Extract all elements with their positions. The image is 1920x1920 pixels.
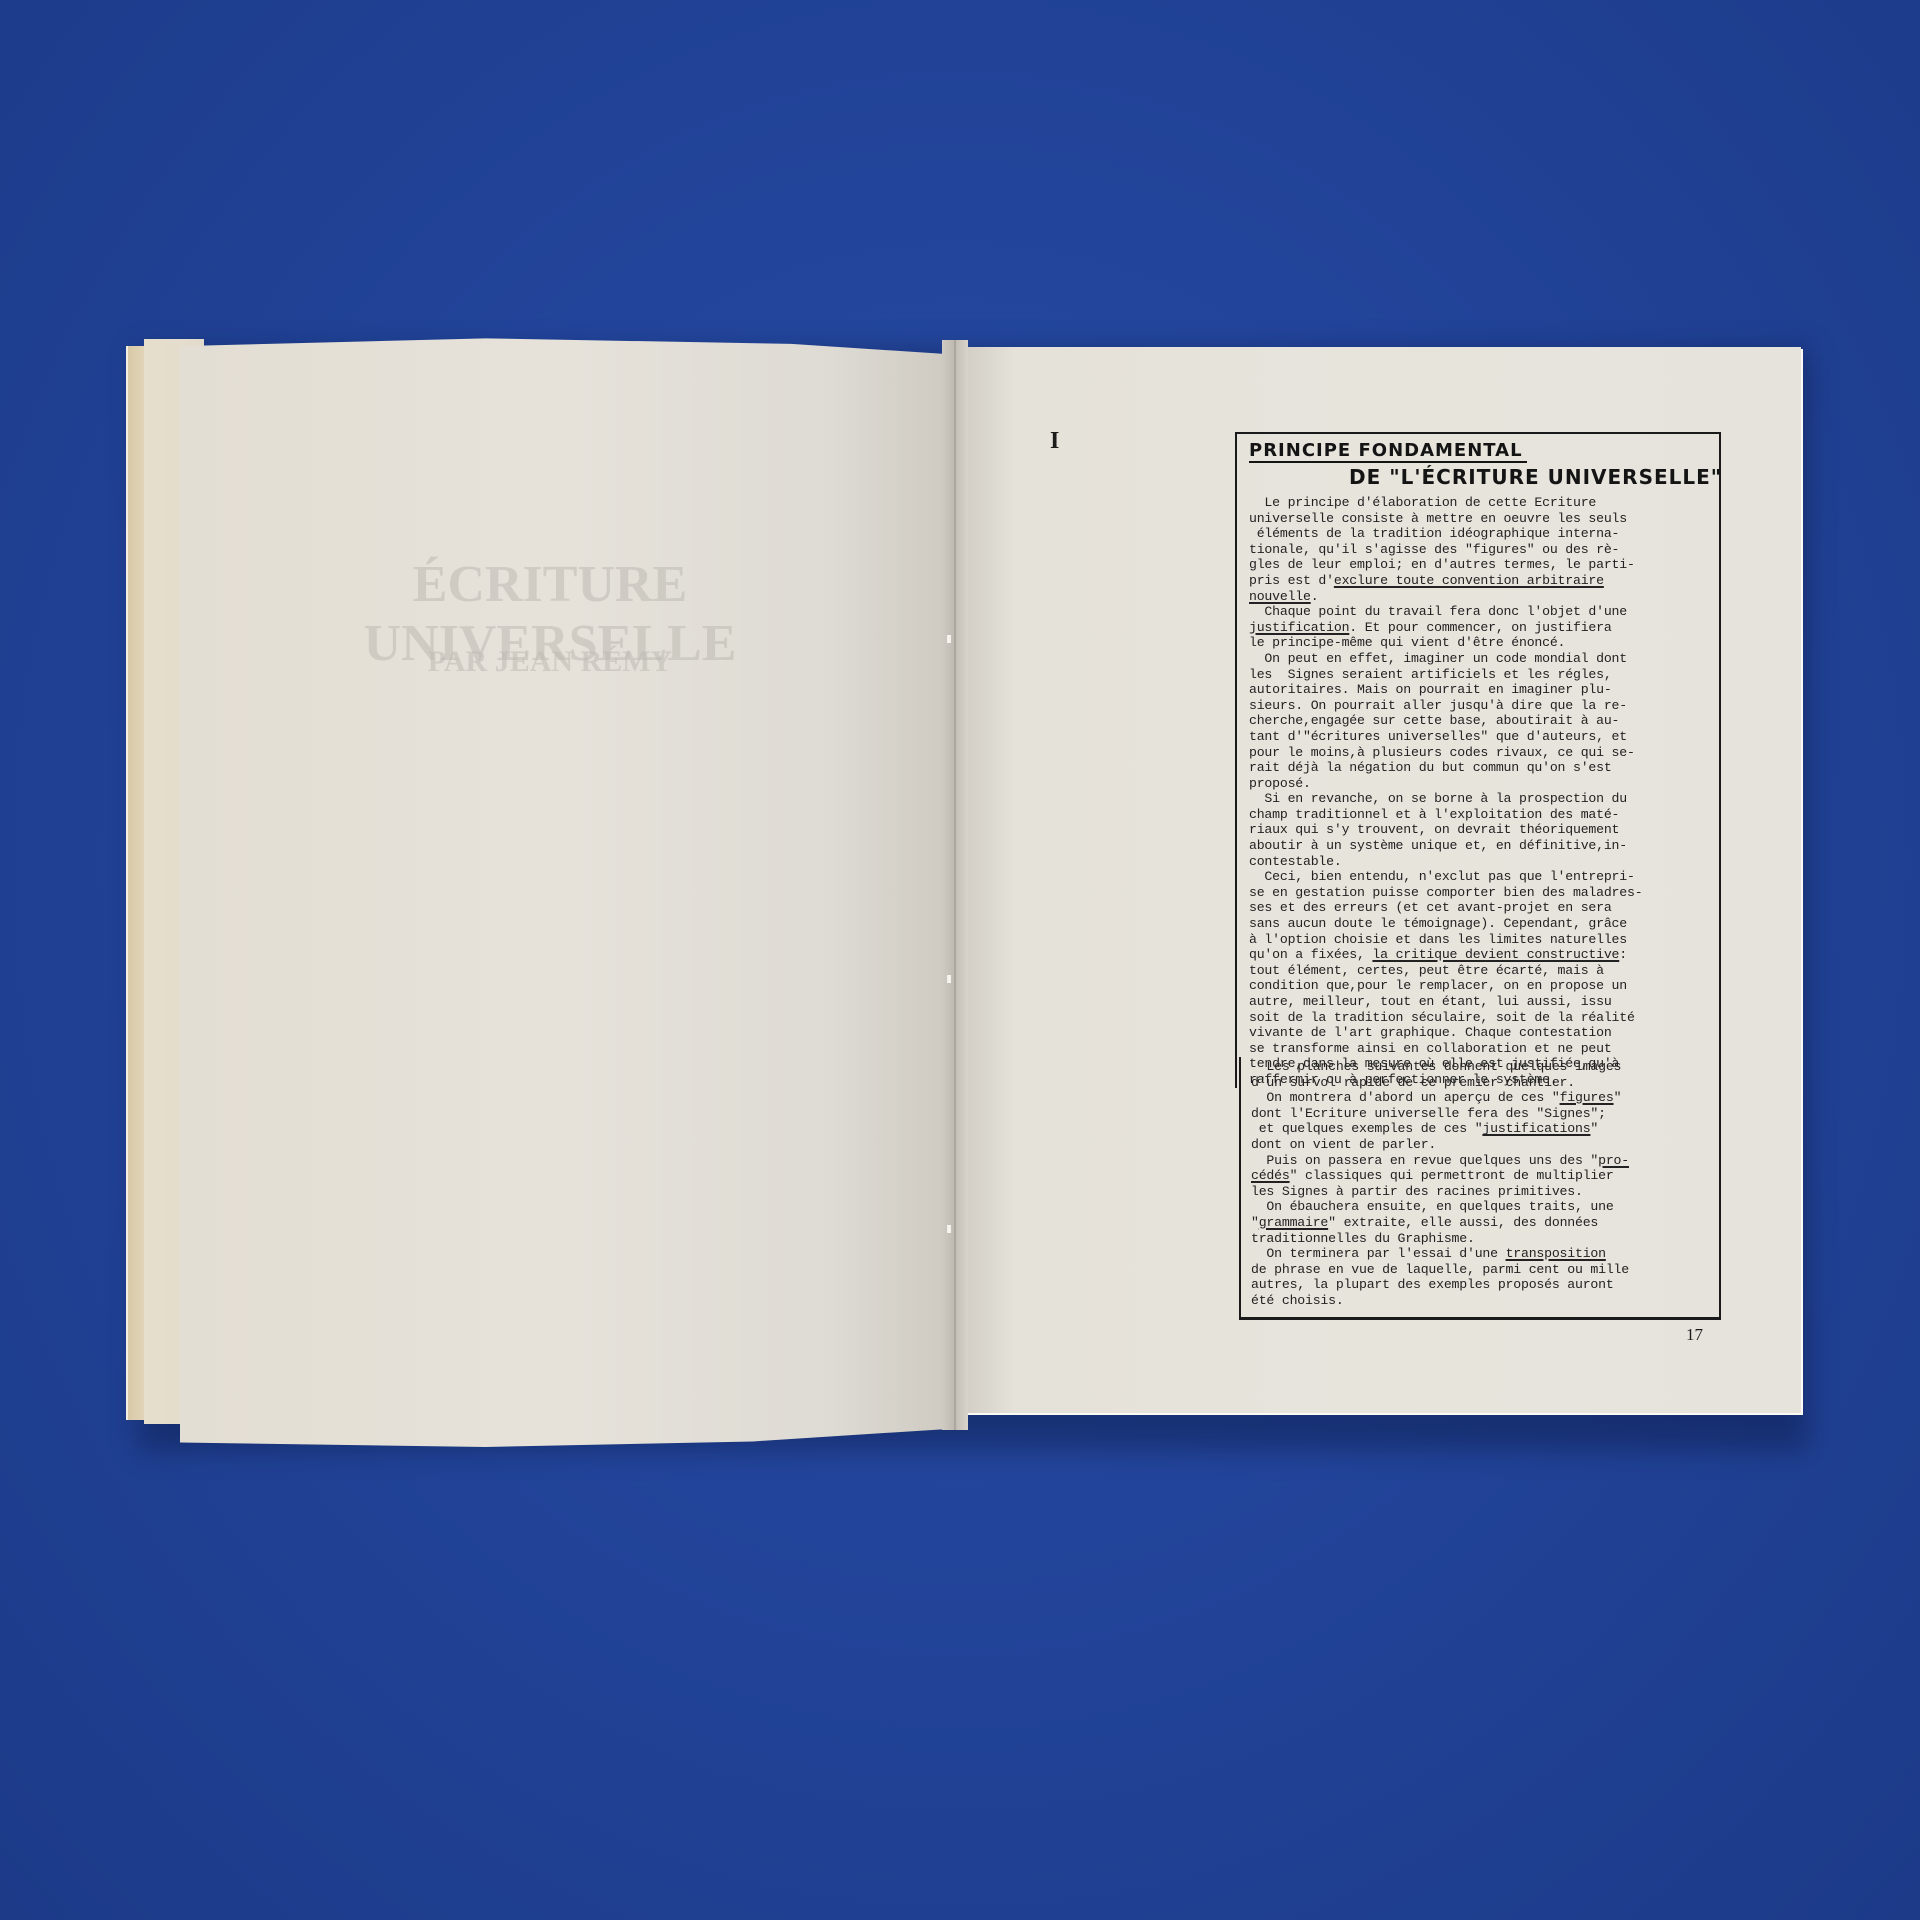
box-title-line-2: DE "L'ÉCRITURE UNIVERSELLE": [1249, 465, 1709, 489]
stitch: [947, 635, 951, 643]
stitch: [947, 975, 951, 983]
paragraph-revanche: Si en revanche, on se borne à la prospec…: [1249, 791, 1709, 869]
section-numeral: I: [1050, 428, 1059, 455]
paragraph-planches: Les planches suivantes donnent quelques …: [1251, 1059, 1709, 1309]
underlined-phrase: figures: [1560, 1090, 1614, 1105]
left-page[interactable]: [180, 335, 944, 1447]
paragraph-justification: Chaque point du travail fera donc l'obje…: [1249, 604, 1709, 651]
underlined-phrase: cédés: [1251, 1168, 1290, 1183]
stitch: [947, 1225, 951, 1233]
underlined-phrase: exclure toute convention arbitraire: [1334, 573, 1604, 588]
paragraph-critique: Ceci, bien entendu, n'exclut pas que l'e…: [1249, 869, 1709, 1087]
book-gutter: [942, 340, 968, 1430]
box-title-line-1: PRINCIPE FONDAMENTAL: [1249, 440, 1527, 463]
underlined-phrase: justifications: [1482, 1121, 1590, 1136]
paragraph-code-mondial: On peut en effet, imaginer un code mondi…: [1249, 651, 1709, 791]
underlined-phrase: justification: [1249, 620, 1349, 635]
text-box-upper: PRINCIPE FONDAMENTAL DE "L'ÉCRITURE UNIV…: [1235, 432, 1721, 1088]
underlined-phrase: grammaire: [1259, 1215, 1328, 1230]
underlined-phrase: la critique devient constructive: [1372, 947, 1619, 962]
underlined-phrase: nouvelle: [1249, 589, 1311, 604]
text-box-lower: Les planches suivantes donnent quelques …: [1239, 1057, 1721, 1320]
page-number: 17: [1686, 1325, 1703, 1345]
show-through-author: PAR JEAN RÉMY: [340, 645, 760, 679]
underlined-phrase: transposition: [1506, 1246, 1606, 1261]
underlined-phrase: pro-: [1598, 1153, 1629, 1168]
paragraph-principle: Le principe d'élaboration de cette Ecrit…: [1249, 495, 1709, 604]
